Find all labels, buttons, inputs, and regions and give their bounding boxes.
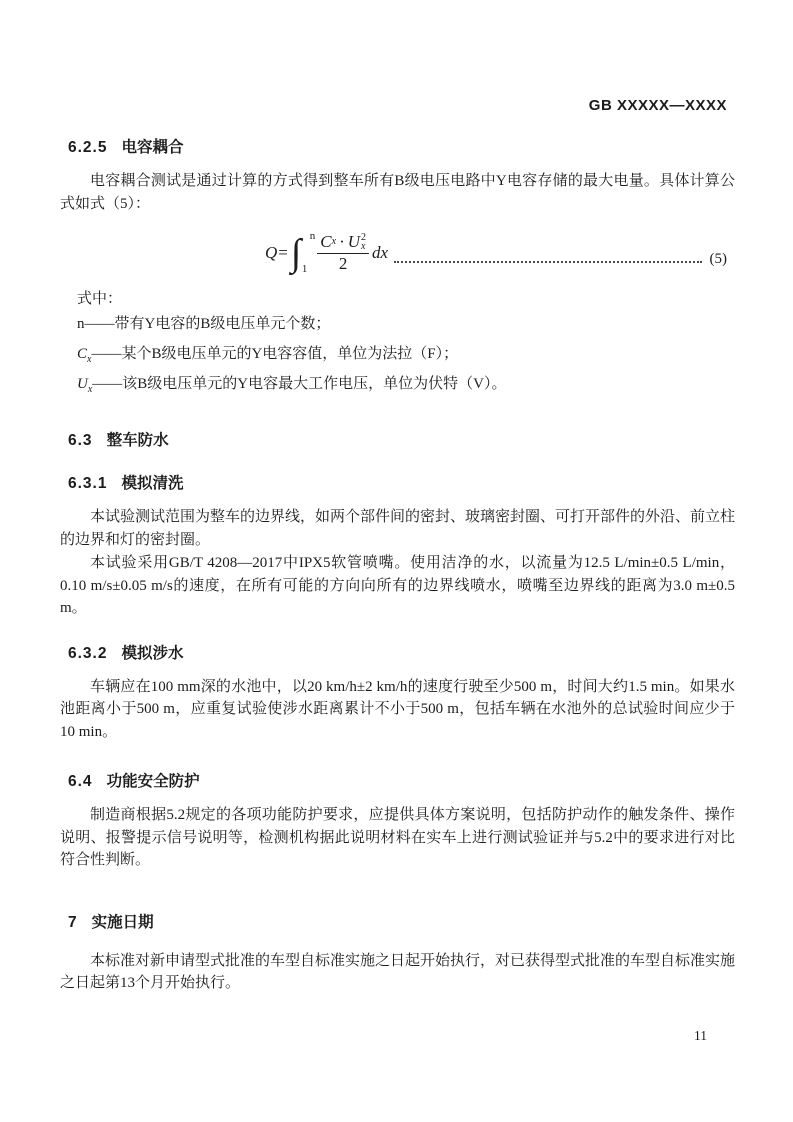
- formula-row: Q=∫n1Cx·U2x2dx (5): [60, 231, 735, 275]
- definition-ux: Ux——该B级电压单元的Y电容最大工作电压，单位为伏特（V）。: [77, 372, 735, 402]
- clause-number: 6.3.2: [68, 645, 107, 663]
- integral-upper-limit: n: [310, 230, 316, 242]
- formula-equals: =: [277, 243, 289, 263]
- clause-title: 功能安全防护: [107, 769, 200, 791]
- fraction-numerator: Cx·U2x: [317, 233, 369, 254]
- clause-number: 6.3: [68, 432, 93, 450]
- definition-text: ——带有Y电容的B级电压单元个数；: [85, 316, 331, 332]
- document-page: GB XXXXX—XXXX 6.2.5 电容耦合 电容耦合测试是通过计算的方式得…: [0, 0, 793, 1122]
- fraction-denominator: 2: [339, 254, 348, 273]
- paragraph-implementation-date: 本标准对新申请型式批准的车型自标准实施之日起开始执行，对已获得型式批准的车型自标…: [60, 950, 735, 995]
- heading-6-3-2: 6.3.2 模拟涉水: [68, 641, 735, 663]
- page-content: 6.2.5 电容耦合 电容耦合测试是通过计算的方式得到整车所有B级电压电路中Y电…: [0, 135, 793, 995]
- dot-leader: [394, 261, 701, 263]
- formula-fraction: Cx·U2x2: [317, 233, 369, 273]
- page-number: 11: [694, 1028, 707, 1044]
- heading-6-2-5: 6.2.5 电容耦合: [68, 135, 735, 157]
- definition-cx: Cx——某个B级电压单元的Y电容容值，单位为法拉（F）；: [77, 342, 735, 372]
- formula-q: Q: [265, 243, 277, 263]
- clause-title: 模拟涉水: [121, 641, 183, 663]
- paragraph-capacitive-coupling: 电容耦合测试是通过计算的方式得到整车所有B级电压电路中Y电容存储的最大电量。具体…: [60, 170, 735, 215]
- paragraph-wading: 车辆应在100 mm深的水池中，以20 km/h±2 km/h的速度行驶至少50…: [60, 676, 735, 744]
- clause-number: 6.3.1: [68, 475, 107, 493]
- formula-where-block: 式中： n——带有Y电容的B级电压单元个数； Cx——某个B级电压单元的Y电容容…: [77, 287, 735, 402]
- definition-n: n——带有Y电容的B级电压单元个数；: [77, 312, 735, 342]
- formula-equation: Q=∫n1Cx·U2x2dx: [265, 231, 388, 275]
- clause-number: 7: [68, 914, 78, 932]
- definition-text: ——某个B级电压单元的Y电容容值，单位为法拉（F）；: [91, 346, 458, 362]
- clause-title: 电容耦合: [121, 135, 183, 157]
- integral-symbol: ∫n1: [289, 231, 316, 275]
- paragraph-wash-scope: 本试验测试范围为整车的边界线，如两个部件间的密封、玻璃密封圈、可打开部件的外沿、…: [60, 506, 735, 551]
- definition-text: ——该B级电压单元的Y电容最大工作电压，单位为伏特（V）。: [92, 376, 506, 392]
- integral-lower-limit: 1: [302, 263, 308, 275]
- standard-code-header: GB XXXXX—XXXX: [0, 0, 793, 114]
- heading-6-3-1: 6.3.1 模拟清洗: [68, 471, 735, 493]
- clause-title: 模拟清洗: [121, 471, 183, 493]
- formula-dx: dx: [372, 243, 388, 263]
- clause-number: 6.2.5: [68, 139, 107, 157]
- heading-7: 7 实施日期: [68, 910, 735, 932]
- heading-6-4: 6.4 功能安全防护: [68, 769, 735, 791]
- clause-number: 6.4: [68, 773, 93, 791]
- heading-6-3: 6.3 整车防水: [68, 428, 735, 450]
- paragraph-wash-method: 本试验采用GB/T 4208—2017中IPX5软管喷嘴。使用洁净的水，以流量为…: [60, 552, 735, 620]
- clause-title: 实施日期: [92, 910, 154, 932]
- equation-number: (5): [710, 251, 736, 268]
- where-label: 式中：: [77, 287, 735, 312]
- clause-title: 整车防水: [107, 428, 169, 450]
- paragraph-functional-safety: 制造商根据5.2规定的各项功能防护要求，应提供具体方案说明，包括防护动作的触发条…: [60, 804, 735, 872]
